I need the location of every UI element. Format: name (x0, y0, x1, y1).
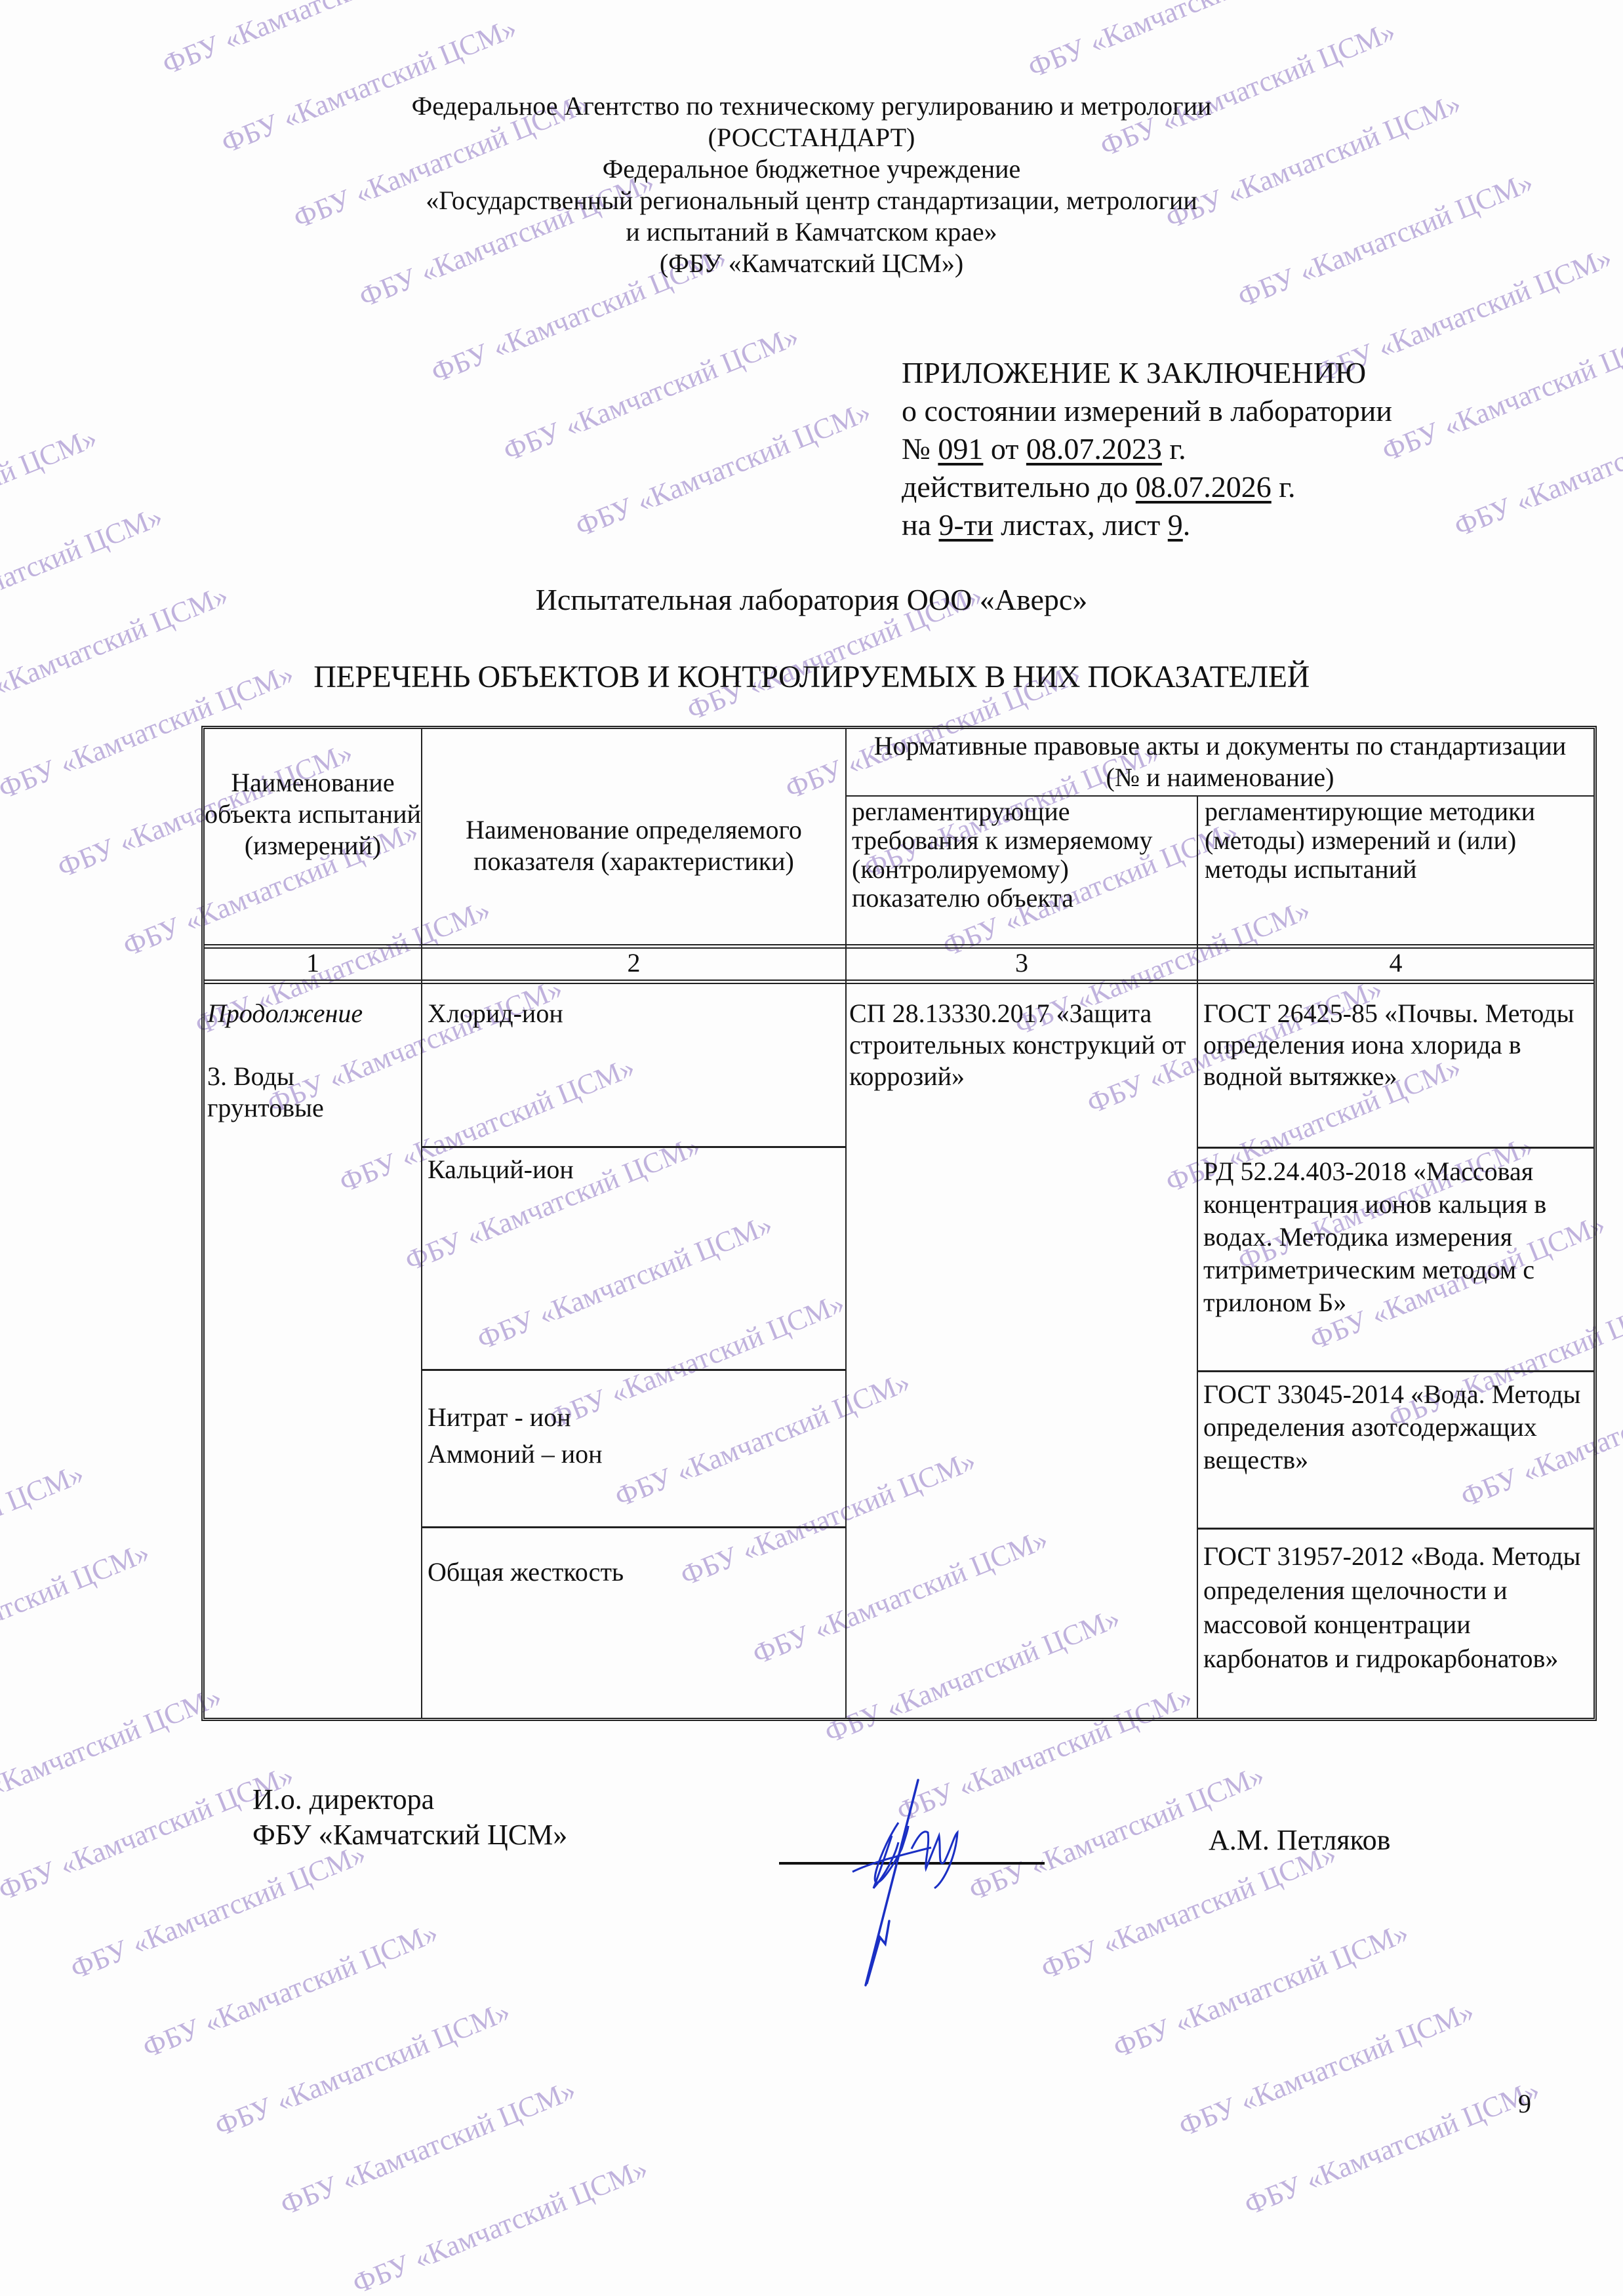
watermark: ФБУ «Камчатский ЦСМ» (1449, 395, 1623, 544)
watermark: ФБУ «Камчатский ЦСМ» (348, 2152, 652, 2296)
conclusion-date: 08.07.2023 (1026, 432, 1162, 465)
watermark: ФБУ «Камчатский ЦСМ» (0, 1457, 89, 1606)
appendix-number-line: № 091 от 08.07.2023 г. (902, 430, 1392, 468)
requirement-cell: СП 28.13330.2017 «Защита строительных ко… (849, 998, 1195, 1092)
column-number-1: 1 (205, 947, 421, 979)
appendix-subtitle: о состоянии измерений в лаборатории (902, 392, 1392, 430)
header-line-institution-type: Федеральное бюджетное учреждение (0, 153, 1623, 185)
indicator-cell-3: Нитрат - ион Аммоний – ион (428, 1402, 841, 1470)
valid-prefix: действительно до (902, 470, 1136, 504)
object-cell: Продолжение 3. Воды грунтовые (207, 998, 421, 1124)
column-divider-2-3 (845, 729, 847, 1718)
number-prefix: № (902, 432, 938, 465)
appendix-sheets-line: на 9-ти листах, лист 9. (902, 506, 1392, 544)
watermark: ФБУ «Камчатский ЦСМ» (1174, 1994, 1478, 2143)
organization-header: Федеральное Агентство по техническому ре… (0, 90, 1623, 279)
appendix-block: ПРИЛОЖЕНИЕ К ЗАКЛЮЧЕНИЮ о состоянии изме… (902, 354, 1392, 544)
indicator-nitrate: Нитрат - ион (428, 1402, 841, 1433)
watermark: ФБУ «Камчатский ЦСМ» (1377, 319, 1623, 468)
header-col1: Наименование объекта испытаний (измерени… (205, 767, 421, 861)
watermark: ФБУ «Камчатский ЦСМ» (1023, 0, 1327, 85)
valid-until-date: 08.07.2026 (1136, 470, 1272, 504)
indicator-cell-4: Общая жесткость (428, 1556, 841, 1588)
signatory-position-line2: ФБУ «Камчатский ЦСМ» (252, 1817, 567, 1853)
method-cell-3: ГОСТ 33045-2014 «Вода. Методы определени… (1203, 1378, 1592, 1476)
indicator-cell-2: Кальций-ион (428, 1154, 841, 1185)
sheet-current: 9 (1168, 508, 1183, 542)
signatory-name: А.М. Петляков (1209, 1823, 1390, 1858)
row-divider-col4-1 (1198, 1147, 1593, 1149)
list-title: ПЕРЕЧЕНЬ ОБЪЕКТОВ И КОНТРОЛИРУЕМЫХ В НИХ… (0, 659, 1623, 695)
watermark: ФБУ «Камчатский ЦСМ» (66, 1837, 370, 1986)
sheets-prefix: на (902, 508, 939, 542)
valid-suffix: г. (1272, 470, 1296, 504)
column-number-4: 4 (1198, 947, 1593, 979)
watermark: ФБУ «Камчатский ЦСМ» (1239, 2073, 1544, 2222)
method-cell-4: ГОСТ 31957-2012 «Вода. Методы определени… (1203, 1539, 1592, 1676)
watermark: ФБУ «Камчатский ЦСМ» (0, 500, 167, 648)
appendix-title: ПРИЛОЖЕНИЕ К ЗАКЛЮЧЕНИЮ (902, 354, 1392, 392)
date-suffix: г. (1162, 432, 1186, 465)
header-col34-group: Нормативные правовые акты и документы по… (847, 730, 1593, 793)
appendix-validity-line: действительно до 08.07.2026 г. (902, 468, 1392, 506)
watermark: ФБУ «Камчатский ЦСМ» (0, 421, 102, 570)
method-cell-2: РД 52.24.403-2018 «Массовая концентрация… (1203, 1155, 1592, 1319)
watermark: ФБУ «Камчатский ЦСМ» (1036, 1837, 1340, 1986)
watermark: ФБУ «Камчатский ЦСМ» (138, 1916, 442, 2065)
sheets-middle: листах, лист (993, 508, 1168, 542)
header-col3: регламентирующие требования к измеряемом… (848, 797, 1195, 913)
header-col2: Наименование определяемого показателя (х… (422, 814, 845, 877)
continuation-label: Продолжение (207, 998, 421, 1029)
row-divider-col2-2 (422, 1369, 845, 1371)
column-numbers-bottom-divider (205, 980, 1593, 984)
header-line-institution-name-2: и испытаний в Камчатском крае» (0, 216, 1623, 248)
watermark: ФБУ «Камчатский ЦСМ» (0, 1680, 226, 1829)
column-number-3: 3 (847, 947, 1197, 979)
watermark: ФБУ «Камчатский ЦСМ» (1108, 1916, 1413, 2065)
column-divider-1-2 (421, 729, 422, 1718)
row-divider-col4-3 (1198, 1528, 1593, 1530)
row-divider-col4-2 (1198, 1370, 1593, 1372)
indicator-ammonium: Аммоний – ион (428, 1438, 841, 1470)
watermark: ФБУ «Камчатский ЦСМ» (571, 395, 875, 544)
header-line-rosstandart: (РОССТАНДАРТ) (0, 122, 1623, 153)
conclusion-number: 091 (938, 432, 983, 465)
header-line-institution-name-1: «Государственный региональный центр стан… (0, 185, 1623, 216)
watermark: ФБУ «Камчатский ЦСМ» (210, 1994, 514, 2143)
row-divider-col2-3 (422, 1526, 845, 1528)
header-line-agency: Федеральное Агентство по техническому ре… (0, 90, 1623, 122)
header-line-short-name: (ФБУ «Камчатский ЦСМ») (0, 248, 1623, 279)
column-number-2: 2 (422, 947, 845, 979)
date-prefix: от (983, 432, 1026, 465)
objects-table: Наименование объекта испытаний (измерени… (201, 726, 1597, 1721)
object-name: 3. Воды грунтовые (207, 1061, 338, 1124)
sheets-total: 9-ти (939, 508, 993, 542)
handwritten-signature-icon (846, 1770, 990, 1993)
watermark: ФБУ «Камчатский ЦСМ» (498, 319, 803, 468)
laboratory-name: Испытательная лаборатория ООО «Аверс» (0, 582, 1623, 617)
header-col4: регламентирующие методики (методы) измер… (1199, 797, 1593, 884)
watermark: ФБУ «Камчатский ЦСМ» (275, 2073, 580, 2222)
signatory-position: И.о. директора ФБУ «Камчатский ЦСМ» (252, 1782, 567, 1853)
row-divider-col2-1 (422, 1146, 845, 1148)
watermark: ФБУ «Камчатский ЦСМ» (0, 1535, 154, 1684)
sheets-suffix: . (1183, 508, 1191, 542)
page-number: 9 (1518, 2088, 1531, 2119)
column-divider-3-4 (1197, 797, 1198, 1718)
method-cell-1: ГОСТ 26425-85 «Почвы. Методы определения… (1203, 998, 1592, 1092)
indicator-cell-1: Хлорид-ион (428, 998, 841, 1029)
signatory-position-line1: И.о. директора (252, 1782, 567, 1817)
watermark: ФБУ «Камчатский ЦСМ» (157, 0, 462, 81)
